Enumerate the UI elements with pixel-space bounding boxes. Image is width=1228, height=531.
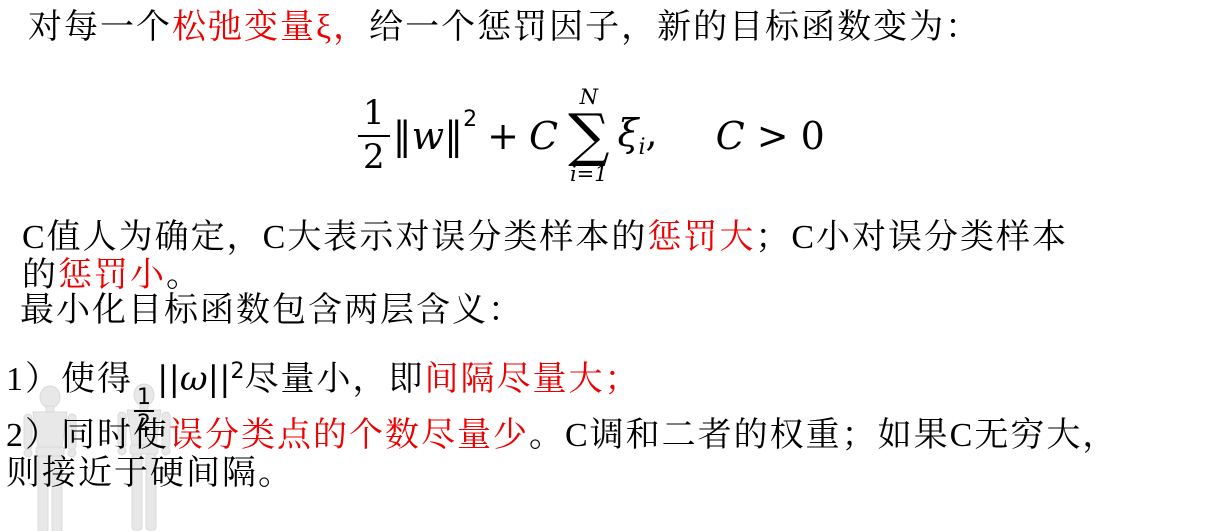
paragraph-line: 的惩罚小。 xyxy=(22,257,1068,295)
text-segment: C值人为确定，C大表示对误分类样本的 xyxy=(22,219,647,256)
text-segment: 则接近于硬间隔。 xyxy=(6,455,294,492)
summation: N ∑ i=1 xyxy=(568,86,609,185)
xi-term: ξi, xyxy=(618,111,658,160)
fraction-numerator: 1 xyxy=(358,96,390,137)
text-segment: 尽量小，即 xyxy=(245,361,425,398)
text-segment: 。 xyxy=(166,257,202,294)
highlight-segment: 误分类点的个数尽量少 xyxy=(169,417,529,454)
text-segment: 给一个惩罚因子，新的目标函数变为： xyxy=(369,9,981,46)
item-2: 2）同时使误分类点的个数尽量少。C调和二者的权重；如果C无穷大， 则接近于硬间隔… xyxy=(6,417,1118,493)
formula-fraction: 1 2 xyxy=(358,96,390,175)
highlight-segment: 惩罚小 xyxy=(58,257,166,294)
fraction-denominator: 2 xyxy=(363,137,385,176)
paragraph-line: 则接近于硬间隔。 xyxy=(6,455,1118,493)
summation-lower-bound: i=1 xyxy=(570,163,608,185)
sigma-symbol: ∑ xyxy=(568,108,609,163)
highlight-segment: 松弛变量ξ， xyxy=(172,9,369,46)
c-value-paragraph: C值人为确定，C大表示对误分类样本的惩罚大；C小对误分类样本 的惩罚小。 xyxy=(22,219,1068,295)
highlight-segment: 惩罚大 xyxy=(647,219,755,256)
text-segment: 。C调和二者的权重；如果C无穷大， xyxy=(529,417,1118,454)
norm-omega-exponent: 2 xyxy=(231,359,245,384)
intro-line: 对每一个松弛变量ξ，给一个惩罚因子，新的目标函数变为： xyxy=(28,9,981,47)
text-segment: 2）同时使 xyxy=(6,417,169,454)
plus-operator: + xyxy=(487,114,519,158)
text-segment: ；C小对误分类样本 xyxy=(755,219,1068,256)
norm-omega: ||ω|| xyxy=(157,359,231,399)
meaning-heading: 最小化目标函数包含两层含义： xyxy=(20,292,524,330)
constraint: C > 0 xyxy=(716,114,825,158)
text-segment: 1）使得 xyxy=(6,361,133,398)
text-segment: 对每一个 xyxy=(28,9,172,46)
paragraph-line: C值人为确定，C大表示对误分类样本的惩罚大；C小对误分类样本 xyxy=(22,219,1068,257)
paragraph-line: 2）同时使误分类点的个数尽量少。C调和二者的权重；如果C无穷大， xyxy=(6,417,1118,455)
norm-w: ‖w‖ xyxy=(393,114,464,158)
coefficient-C: C xyxy=(529,114,558,158)
objective-formula: 1 2 ‖w‖2 + C N ∑ i=1 ξi, C > 0 xyxy=(358,86,825,185)
text-segment: 的 xyxy=(22,257,58,294)
norm-exponent: 2 xyxy=(463,107,477,132)
highlight-segment: 间隔尽量大； xyxy=(425,361,641,398)
slide: 对每一个松弛变量ξ，给一个惩罚因子，新的目标函数变为： 1 2 ‖w‖2 + C… xyxy=(0,0,1228,531)
